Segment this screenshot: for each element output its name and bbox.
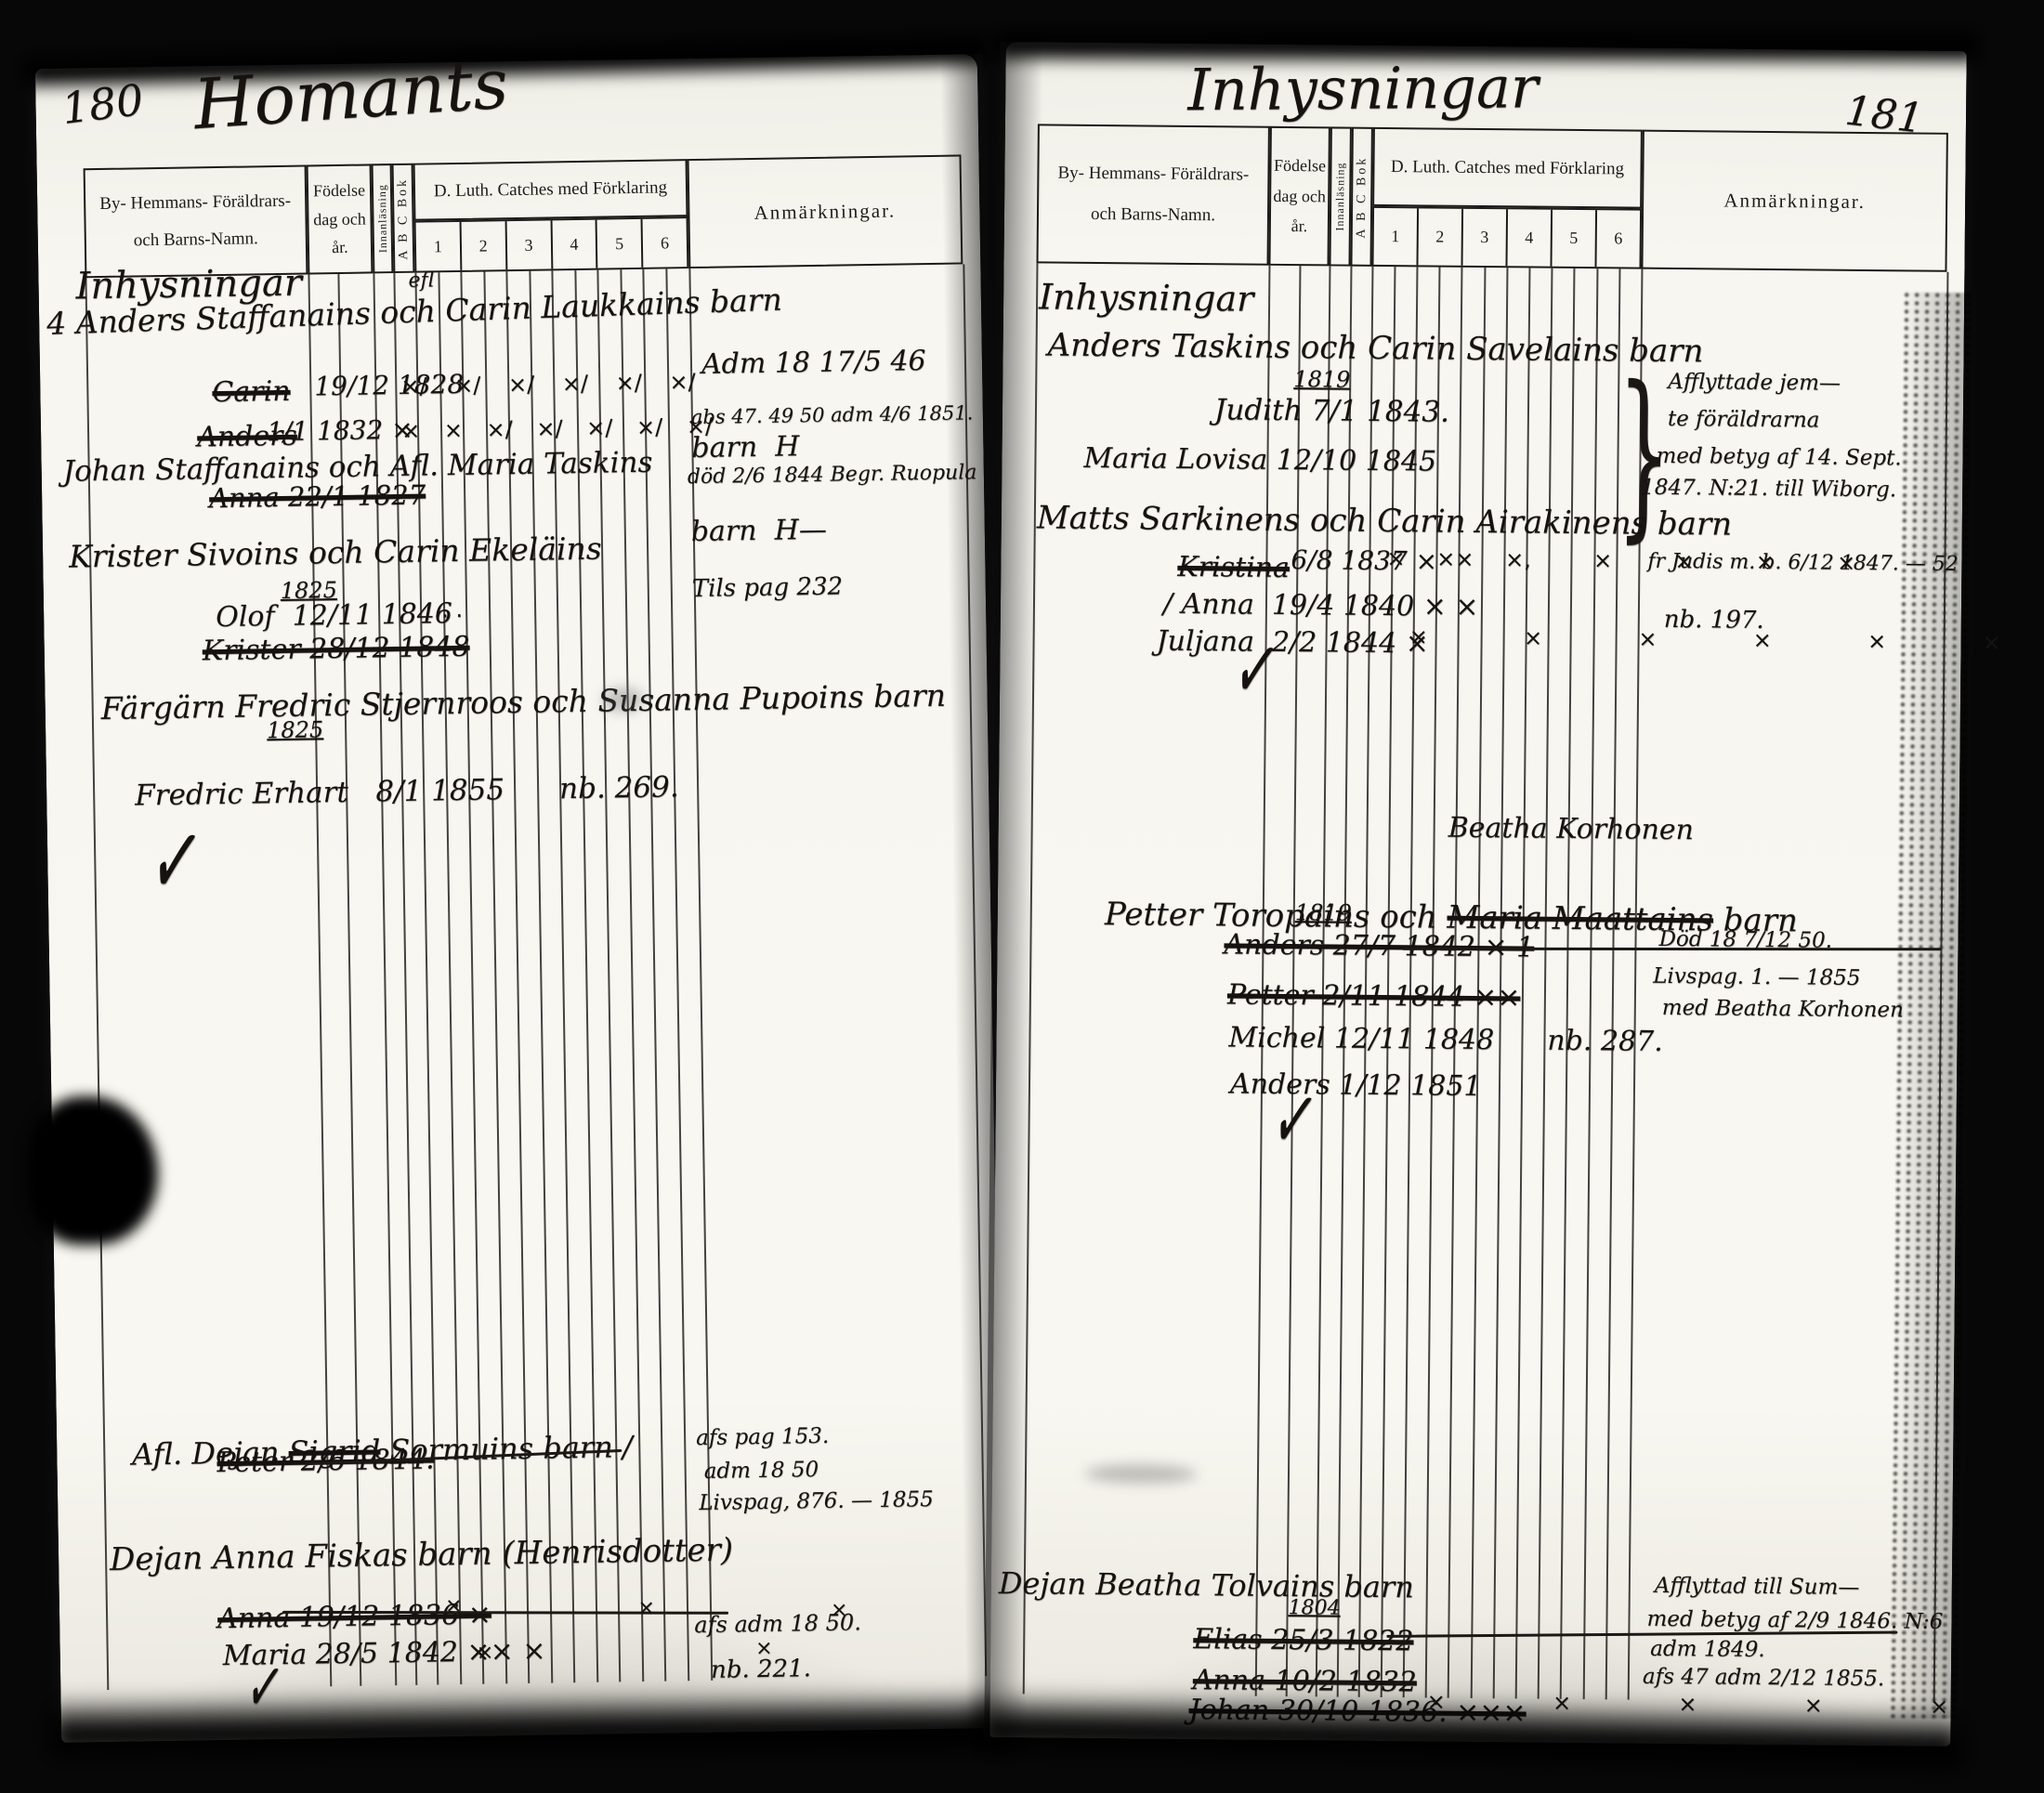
child-name: Juljana 2/2 1844 × xyxy=(1156,625,1429,661)
remark: nb. 221. xyxy=(711,1655,811,1684)
page-title: Inhysningar xyxy=(1187,53,1539,124)
catechism-number: 2 xyxy=(1416,208,1461,265)
remark: barn H xyxy=(691,430,800,465)
child-name: Elias 25/3 1822 xyxy=(1193,1623,1413,1657)
catechism-number: 3 xyxy=(1461,209,1506,266)
remark: adm 18 50 xyxy=(704,1458,819,1484)
catechism-number: 5 xyxy=(596,219,642,268)
header-abc-column: A B C Bok xyxy=(1350,127,1372,267)
remark: Livspag. 1. — 1855 xyxy=(1653,964,1861,990)
header-birth-column: Födelse dag och år. xyxy=(307,164,373,274)
birth-date: 1804 xyxy=(1288,1596,1340,1620)
remark: Död 18 7/12 50. xyxy=(1658,927,1832,953)
remark: död 2/6 1844 Begr. Ruopula xyxy=(688,461,977,489)
section-heading: Inhysningar xyxy=(1039,276,1254,319)
header-catechism-column: D. Luth. Catches med Förklaring xyxy=(1372,127,1643,209)
catechism-number: 2 xyxy=(459,221,505,270)
header-abc-column: A B C Bok xyxy=(392,164,415,273)
header-catechism-column: D. Luth. Catches med Förklaring xyxy=(413,159,688,221)
gutter-shadow xyxy=(984,42,1043,1737)
remark: 1847. N:21. till Wiborg. xyxy=(1641,476,1896,503)
birth-date: 1819 xyxy=(1293,366,1350,393)
header-catechism-numbers: 1 2 3 4 5 6 xyxy=(1371,206,1642,269)
header-reading-column: Innanläsning xyxy=(1329,126,1351,266)
child-name: / Anna 19/4 1840 × × xyxy=(1163,588,1479,623)
handwritten-line: Anders Taskins och Carin Savelains barn xyxy=(1047,327,1703,371)
catechism-number: 1 xyxy=(416,222,461,271)
child-name: Carin xyxy=(212,375,291,409)
catechism-number: 6 xyxy=(1594,210,1640,267)
header-catechism-numbers: 1 2 3 4 5 6 xyxy=(414,216,689,273)
child-name: Fredric Erhart 8/1 1855 nb. 269. xyxy=(135,770,679,812)
handwritten-line: Krister Sivoins och Carin Ekeläins xyxy=(69,530,602,575)
remark: afs pag 153. xyxy=(696,1424,829,1450)
catechism-number: 4 xyxy=(1505,209,1551,266)
birth-date: 1819 xyxy=(1295,899,1352,926)
child-name: Michel 12/11 1848 nb. 287. xyxy=(1228,1021,1663,1057)
catechism-number: 1 xyxy=(1373,208,1417,265)
header-name-line1: By- Hemmans- Föräldrars- xyxy=(99,183,291,223)
header-reading-label: Innanläsning xyxy=(1333,162,1348,230)
header-abc-label: A B C Bok xyxy=(395,177,411,259)
remark: afs adm 18 50. xyxy=(694,1609,861,1638)
remark: Livspag, 876. — 1855 xyxy=(699,1487,934,1515)
child-name: Krister 28/12 1848 xyxy=(203,631,470,668)
catechism-number: 5 xyxy=(1550,210,1595,267)
child-name: Judith 7/1 1843. xyxy=(1214,393,1449,428)
birth-date: 1/1 1832 × xyxy=(267,414,413,447)
header-name-column: By- Hemmans- Föräldrars- och Barns-Namn. xyxy=(84,165,308,279)
page-number: 180 xyxy=(59,74,147,134)
catechism-number: 3 xyxy=(504,220,551,269)
handwritten-line: Färgärn Fredric Stjernroos och Susanna P… xyxy=(100,677,946,726)
inserted-name: Beatha Korhonen xyxy=(1448,812,1695,847)
scan-artifact xyxy=(1085,1464,1197,1484)
handwritten-line: Dejan Anna Fiskas barn (Henrisdotter) xyxy=(110,1531,734,1578)
right-page: Inhysningar 181 By- Hemmans- Föräldrars-… xyxy=(989,42,1966,1747)
remark: fr Judis m. b. 6/12 1847. — 52 xyxy=(1647,550,1959,576)
attendance-marks: × × ×/ ×/ ×/ ×/ ×/ xyxy=(401,413,713,444)
remark: nb. 197. xyxy=(1664,606,1764,635)
attendance-marks: · · xyxy=(441,603,463,629)
attendance-marks: ×/ ×/ ×/ ×/ ×/ ×/ xyxy=(400,369,696,399)
header-reading-label: Innanläsning xyxy=(374,184,389,253)
handwritten-line: Dejan Beatha Tolvains barn xyxy=(999,1565,1414,1604)
header-birth-column: Födelse dag och år. xyxy=(1268,126,1330,267)
catechism-number: 6 xyxy=(641,218,688,268)
table-header: By- Hemmans- Föräldrars- och Barns-Namn.… xyxy=(1036,124,1947,271)
check-mark: ✓ xyxy=(144,802,209,923)
remark: afs 47 adm 2/12 1855. xyxy=(1643,1665,1885,1691)
remark: Adm 18 17/5 46 xyxy=(701,345,926,381)
table-header: By- Hemmans- Föräldrars- och Barns-Namn.… xyxy=(84,154,963,278)
remark: barn H— xyxy=(691,514,828,548)
header-name-line2: och Barns-Namn. xyxy=(134,220,259,259)
handwritten-line: Matts Sarkinens och Carin Airakinens bar… xyxy=(1037,499,1733,543)
child-name: Anders 1/12 1851 xyxy=(1230,1067,1482,1103)
child-name: Kristina xyxy=(1177,551,1290,584)
child-name: Maria Lovisa 12/10 1845 xyxy=(1083,442,1436,478)
header-reading-column: Innanläsning xyxy=(372,164,394,273)
left-page: 180 Homants By- Hemmans- Föräldrars- och… xyxy=(35,54,1003,1743)
remark: abs 47. 49 50 adm 4/6 1851. xyxy=(691,401,974,428)
child-name: Petter 2/11 1844 ×× xyxy=(1227,978,1521,1014)
remark: med betyg af 2/9 1846. N:6 xyxy=(1646,1607,1943,1634)
remark: adm 1849. xyxy=(1650,1637,1765,1662)
header-remarks-column: Anmärkningar. xyxy=(688,154,963,268)
header-name-line2: och Barns-Namn. xyxy=(1091,194,1215,236)
remark: Afflyttad till Sum— xyxy=(1655,1574,1860,1600)
header-name-line1: By- Hemmans- Föräldrars- xyxy=(1057,153,1249,196)
birth-date: 1825 xyxy=(267,716,324,743)
header-remarks-column: Anmärkningar. xyxy=(1641,130,1947,272)
child-name: Johan 30/10 1836. ××× xyxy=(1188,1694,1526,1729)
attendance-marks: × × × × × × xyxy=(1427,1689,2044,1721)
child-name: Olof 12/11 1846 xyxy=(216,597,452,634)
remark: med betyg af 14. Sept. xyxy=(1656,444,1901,471)
handwritten-note: efl xyxy=(408,268,434,292)
remark: med Beatha Korhonen xyxy=(1662,996,1904,1022)
header-name-column: By- Hemmans- Föräldrars- och Barns-Namn. xyxy=(1036,124,1269,265)
remark: Tils pag 232 xyxy=(692,572,844,603)
child-name: Anders 27/7 1842 × 1 xyxy=(1224,928,1534,963)
header-abc-label: A B C Bok xyxy=(1354,155,1369,238)
scanned-parish-register: { "printed_header": { "name_col_line1": … xyxy=(0,0,2044,1793)
page-title: Homants xyxy=(191,44,511,145)
child-name: Anna 22/1 1827 xyxy=(209,479,426,515)
remark: te föräldrarna xyxy=(1668,407,1820,433)
catechism-number: 4 xyxy=(550,220,596,269)
remark: Afflyttade jem— xyxy=(1668,370,1841,396)
